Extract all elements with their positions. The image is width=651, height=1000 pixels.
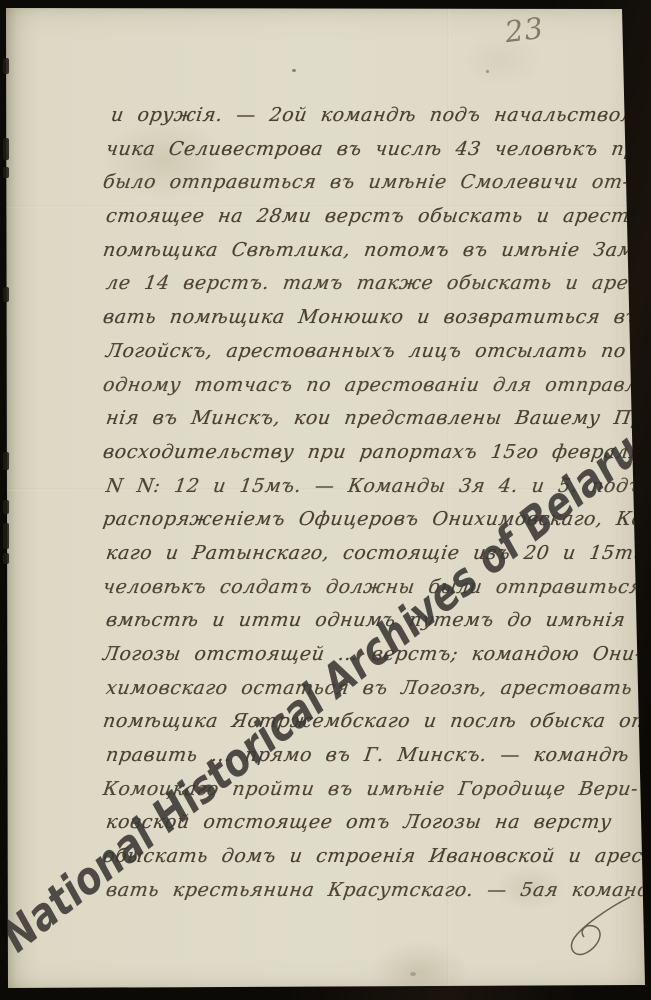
manuscript-line: нія въ Минскъ, кои представлены Вашему П… xyxy=(104,402,651,436)
ink-speck xyxy=(292,69,296,72)
left-edge-ink-mark xyxy=(3,58,9,74)
document-page: 23 и оружія. — 2ой командѣ подъ начальст… xyxy=(0,0,651,1000)
manuscript-line: и оружія. — 2ой командѣ подъ начальством… xyxy=(109,99,651,133)
manuscript-line: вать помѣщика Монюшко и возвратиться въ xyxy=(101,301,651,335)
paper-stain xyxy=(410,972,416,976)
manuscript-line: человѣкъ солдатъ должны были отправиться xyxy=(101,571,651,605)
left-edge-ink-mark xyxy=(3,452,9,470)
ink-speck xyxy=(486,70,489,73)
manuscript-line: Логойскъ, арестованныхъ лицъ отсылать по xyxy=(104,335,651,369)
manuscript-line: стоящее на 28ми верстъ обыскать и аресто… xyxy=(104,200,651,234)
page-number: 23 xyxy=(503,14,545,48)
manuscript-line: помѣщика Ястржембскаго и послѣ обыска от… xyxy=(101,705,651,739)
left-edge-ink-mark xyxy=(3,553,9,564)
left-edge-ink-mark xyxy=(3,287,9,302)
left-edge-ink-mark xyxy=(3,500,9,514)
left-edge-ink-mark xyxy=(3,167,9,178)
manuscript-line: одному тотчасъ по арестованіи для отправ… xyxy=(101,369,651,403)
manuscript-line: помѣщика Свѣтлика, потомъ въ имѣніе Замо… xyxy=(101,234,651,268)
manuscript-line: чика Селивестрова въ числѣ 43 человѣкъ п… xyxy=(104,133,651,167)
manuscript-line: каго и Ратынскаго, состоящіе изъ 20 и 15… xyxy=(104,537,651,571)
ink-flourish xyxy=(558,893,642,967)
scan-background: 23 и оружія. — 2ой командѣ подъ начальст… xyxy=(0,0,651,1000)
left-edge-ink-mark xyxy=(3,523,9,549)
manuscript-line: было отправиться въ имѣніе Смолевичи от- xyxy=(101,166,651,200)
manuscript-line: ле 14 верстъ. тамъ также обыскать и арес… xyxy=(104,267,651,301)
left-edge-ink-mark xyxy=(3,138,9,160)
manuscript-line: обыскать домъ и строенія Ивановской и ар… xyxy=(101,840,651,874)
